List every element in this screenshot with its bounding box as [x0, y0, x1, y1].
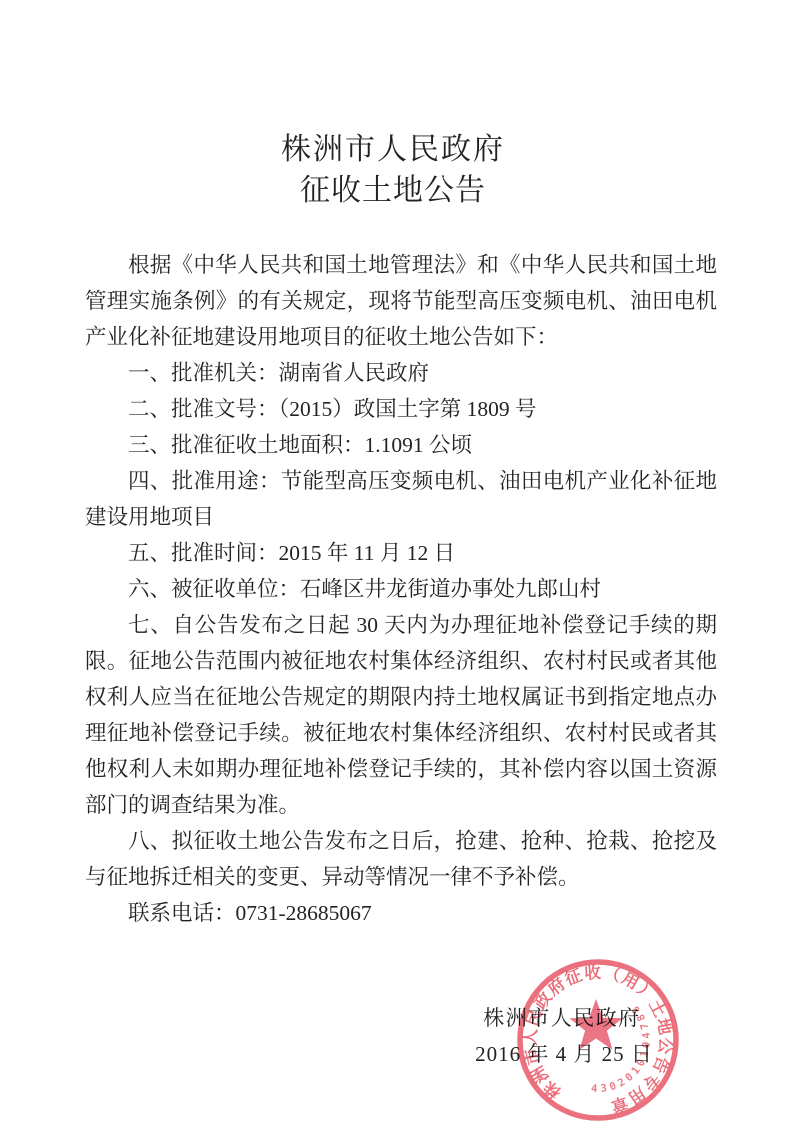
body-paragraph-item2: 二、批准文号：（2015）政国土字第 1809 号 [85, 391, 717, 427]
body-paragraph-item8: 八、拟征收土地公告发布之日后，抢建、抢种、抢栽、抢挖及与征地拆迁相关的变更、异动… [85, 823, 717, 895]
body-paragraph-item7: 七、自公告发布之日起 30 天内为办理征地补偿登记手续的期限。征地公告范围内被征… [85, 607, 717, 823]
official-seal: 株洲市人民政府征收（用）土地公告专用章 4302010104788 [513, 955, 683, 1125]
body-paragraph-item5: 五、批准时间：2015 年 11 月 12 日 [85, 535, 717, 571]
body-paragraph-contact-phone: 联系电话：0731-28685067 [85, 895, 717, 931]
body-paragraph-intro: 根据《中华人民共和国土地管理法》和《中华人民共和国土地管理实施条例》的有关规定，… [85, 247, 717, 355]
body-paragraph-item3: 三、批准征收土地面积：1.1091 公顷 [85, 427, 717, 463]
title-subject: 征收土地公告 [0, 170, 786, 211]
document-title: 株洲市人民政府 征收土地公告 [0, 129, 786, 211]
body-paragraph-item1: 一、批准机关：湖南省人民政府 [85, 355, 717, 391]
star-icon [569, 999, 622, 1050]
document-page: 株洲市人民政府 征收土地公告 根据《中华人民共和国土地管理法》和《中华人民共和国… [0, 0, 800, 1129]
body-paragraph-item4: 四、批准用途：节能型高压变频电机、油田电机产业化补征地建设用地项目 [85, 463, 717, 535]
document-body: 根据《中华人民共和国土地管理法》和《中华人民共和国土地管理实施条例》的有关规定，… [85, 247, 717, 931]
body-paragraph-item6: 六、被征收单位：石峰区井龙街道办事处九郎山村 [85, 571, 717, 607]
title-issuer: 株洲市人民政府 [0, 129, 786, 170]
official-seal-icon: 株洲市人民政府征收（用）土地公告专用章 4302010104788 [513, 955, 683, 1125]
